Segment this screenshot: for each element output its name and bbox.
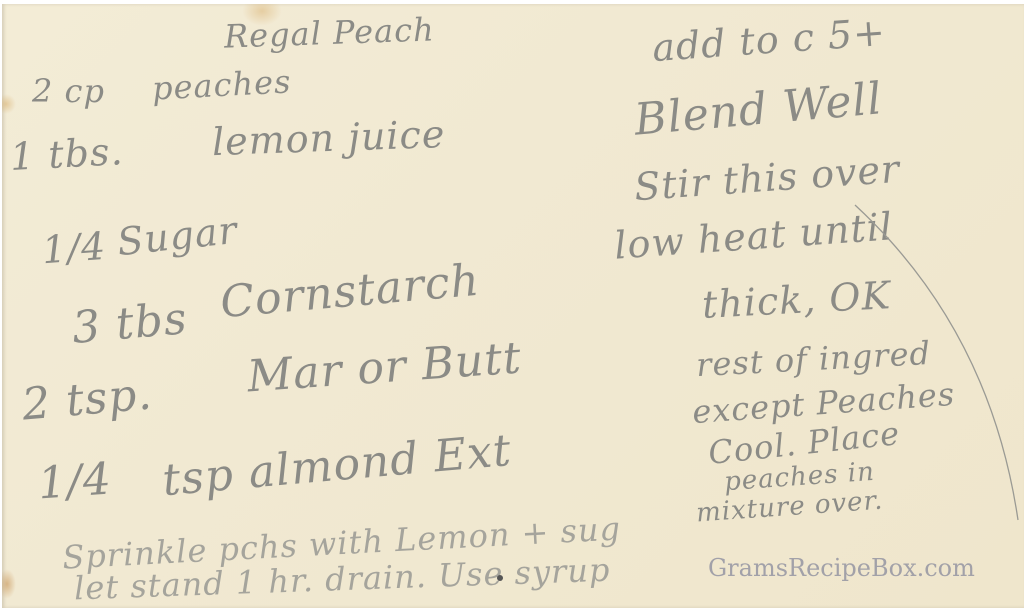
ingredient-qty: 3 tbs (70, 293, 189, 354)
paper-stain (2, 569, 16, 599)
watermark: GramsRecipeBox.com (708, 554, 975, 582)
ingredient-item: tsp almond Ext (160, 425, 513, 506)
ingredient-qty: 2 cp (32, 72, 105, 110)
direction-line: Blend Well (632, 73, 884, 145)
ingredient-qty: 1/4 (36, 453, 113, 509)
ingredient-item: lemon juice (211, 112, 446, 164)
ingredient-qty: 1 tbs. (9, 129, 125, 179)
recipe-title: Regal Peach (223, 10, 435, 55)
direction-line: low heat until (613, 204, 895, 267)
direction-line: thick, OK (701, 273, 892, 327)
ingredient-item: peaches (151, 62, 292, 107)
ingredient-item: Cornstarch (218, 255, 482, 328)
direction-line: add to c 5+ (651, 10, 887, 70)
direction-line: rest of ingred (695, 334, 932, 384)
ingredient-item: Mar or Butt (246, 332, 524, 402)
ingredient-item: Sugar (115, 208, 240, 264)
paper-stain (2, 94, 16, 114)
ingredient-qty: 2 tsp. (20, 368, 154, 430)
recipe-card: Regal Peach 2 cp peaches 1 tbs. lemon ju… (2, 4, 1024, 608)
direction-line: Stir this over (633, 147, 902, 209)
direction-line: mixture over. (695, 485, 884, 528)
ingredient-qty: 1/4 (41, 224, 108, 272)
